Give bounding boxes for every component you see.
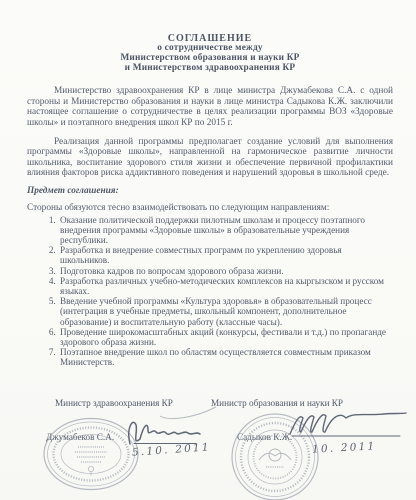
subject-heading: Предмет соглашения: (27, 186, 393, 196)
handwritten-signature-right (288, 406, 408, 444)
obligation-item: Разработка различных учебно-методических… (58, 276, 390, 296)
left-signatory-title: Министр здравоохранения КР (55, 398, 173, 408)
document-body: СОГЛАШЕНИЕ о сотрудничестве между Минист… (27, 33, 393, 368)
right-signature-date: 10. 2011 (312, 440, 377, 455)
document-subtitle-line-3: и Министерством здравоохранения КР (27, 64, 393, 74)
obligation-item: Проведение широкомасштабных акций (конку… (58, 327, 390, 347)
obligations-intro: Стороны обязуются тесно взаимодействоват… (27, 203, 393, 213)
program-goals-paragraph: Реализация данной программы предполагает… (27, 137, 393, 179)
parties-paragraph: Министерство здравоохранения КР в лице м… (27, 86, 393, 128)
obligation-item: Подготовка кадров по вопросам здорового … (58, 266, 390, 276)
obligation-item: Разработка и внедрение совместных програ… (58, 245, 390, 265)
scanned-agreement-document: СОГЛАШЕНИЕ о сотрудничестве между Минист… (0, 0, 416, 500)
obligation-item: Введение учебной программы «Культура здо… (58, 296, 390, 327)
obligation-item: Оказание политической поддержки пилотным… (58, 215, 390, 246)
obligation-item: Поэтапное внедрение школ по областям осу… (58, 347, 390, 367)
obligations-list: Оказание политической поддержки пилотным… (31, 215, 390, 368)
